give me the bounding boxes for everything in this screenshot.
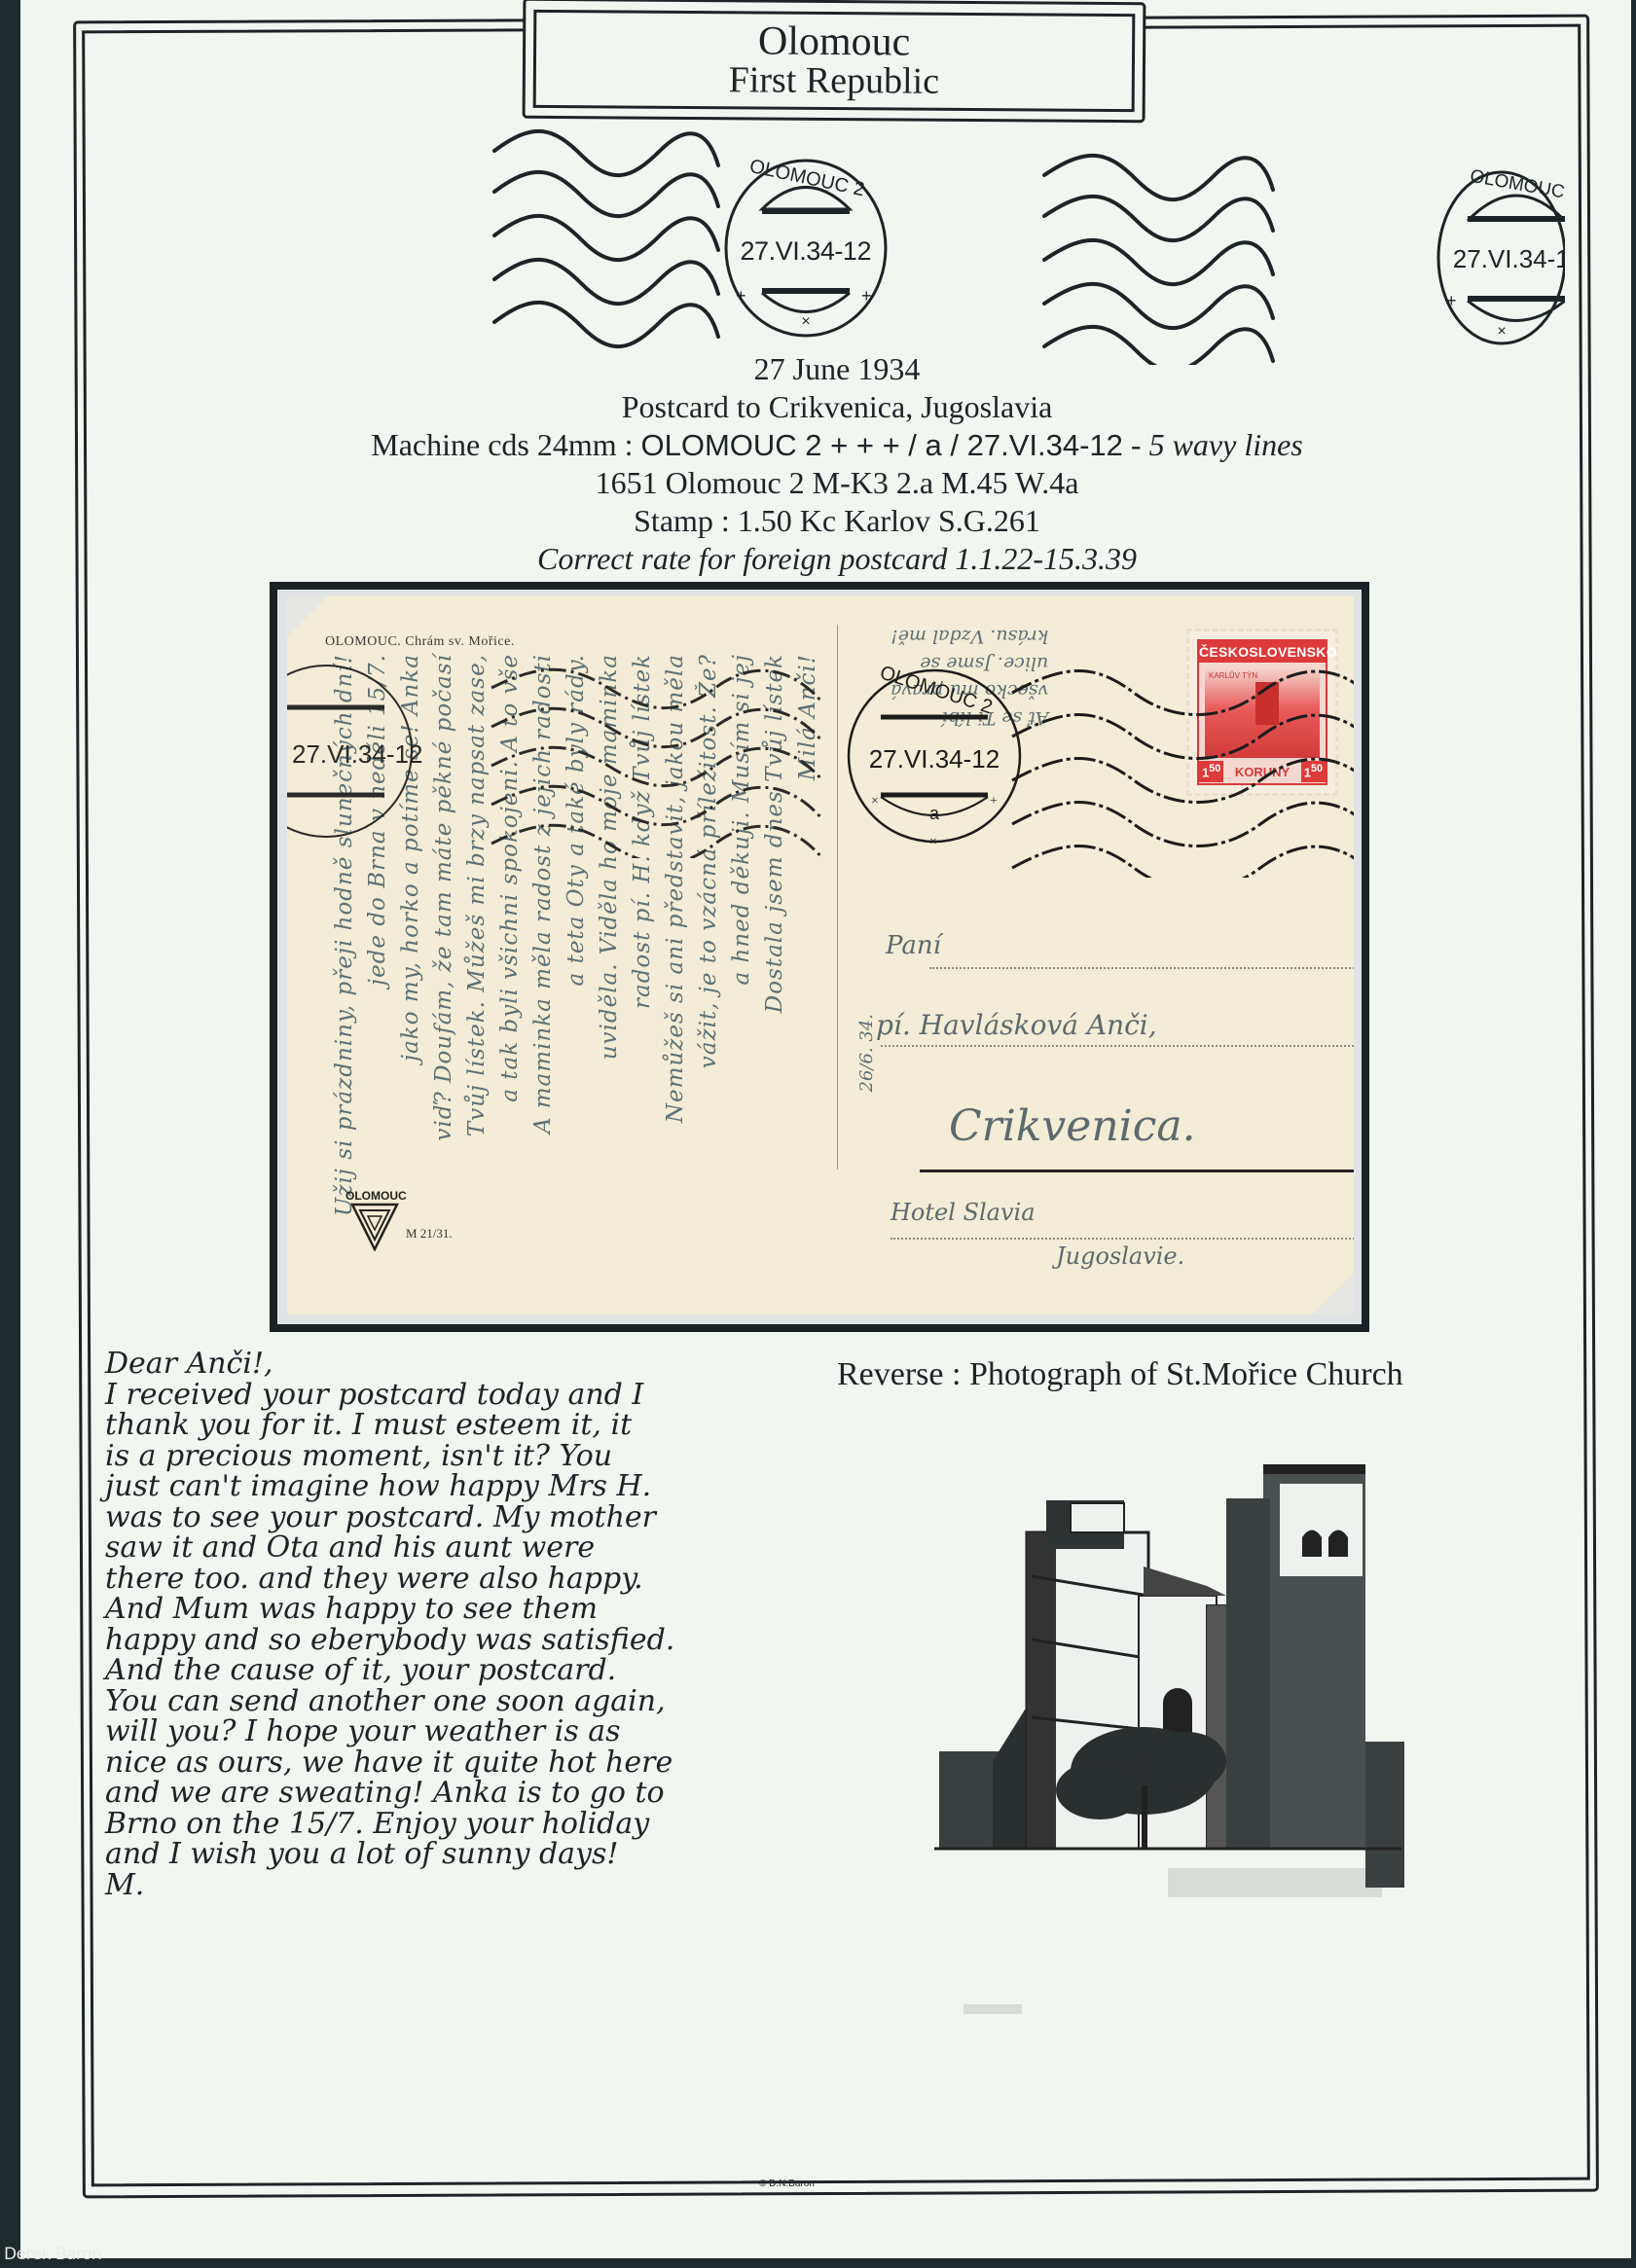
cancel-description: Machine cds 24mm : OLOMOUC 2 + + + / a /… bbox=[234, 426, 1440, 464]
svg-text:27.VI.34-12: 27.VI.34-12 bbox=[292, 739, 422, 769]
svg-text:OLOMOUC: OLOMOUC bbox=[1469, 166, 1565, 203]
reverse-caption: Reverse : Photograph of St.Mořice Church bbox=[837, 1356, 1403, 1393]
address-salutation: Paní bbox=[886, 931, 941, 960]
translation-line: thank you for it. I must esteem it, it bbox=[105, 1410, 845, 1441]
translation-line: Dear Anči!, bbox=[105, 1349, 845, 1380]
message-line: krásu. Vzdal mě! bbox=[891, 623, 1048, 650]
triangle-logo-icon bbox=[350, 1203, 399, 1251]
translation-line: was to see your postcard. My mother bbox=[105, 1502, 845, 1533]
wavy-lines-icon bbox=[494, 131, 718, 346]
address-city: Crikvenica. bbox=[949, 1101, 1196, 1151]
page-subtitle: First Republic bbox=[729, 60, 940, 101]
title-box-inner: Olomouc First Republic bbox=[533, 10, 1136, 112]
translation-line: happy and so eberybody was satisfied. bbox=[105, 1625, 845, 1656]
address-rule-underline bbox=[920, 1170, 1354, 1172]
publisher-logo: OLOMOUC bbox=[345, 1189, 404, 1254]
machine-cancel-illustration-1: OLOMOUC 2 27.VI.34-12 × + + bbox=[485, 122, 1030, 355]
cover-subject: Postcard to Crikvenica, Jugoslavia bbox=[234, 388, 1440, 426]
card-divider-line bbox=[837, 625, 838, 1170]
cancel-suffix: - 5 wavy lines bbox=[1123, 427, 1303, 462]
scan-edge-left bbox=[0, 0, 20, 2268]
translation-line: and we are sweating! Anka is to go to bbox=[105, 1778, 845, 1809]
svg-text:×: × bbox=[801, 313, 810, 330]
page-title: Olomouc bbox=[758, 21, 911, 61]
rate-note: Correct rate for foreign postcard 1.1.22… bbox=[234, 540, 1440, 578]
wavy-lines-icon bbox=[1007, 654, 1354, 878]
postmark-partial-icon: 27.VI.34-12 bbox=[287, 654, 462, 848]
machine-cancel-illustration-2: OLOMOUC 27.VI.34-12 × + bbox=[1039, 122, 1565, 365]
svg-text:×: × bbox=[871, 794, 879, 809]
postcard-mount: Milá Anči! Dostala jsem dnes Tvůj lístek… bbox=[270, 582, 1369, 1332]
svg-text:OLOMOUC 2: OLOMOUC 2 bbox=[747, 156, 866, 200]
description-block: 27 June 1934 Postcard to Crikvenica, Jug… bbox=[234, 350, 1440, 578]
church-photograph bbox=[934, 1450, 1421, 2053]
translation-line: saw it and Ota and his aunt were bbox=[105, 1532, 845, 1564]
printed-caption: OLOMOUC. Chrám sv. Mořice. bbox=[325, 634, 515, 650]
catalogue-ref: 1651 Olomouc 2 M-K3 2.a M.45 W.4a bbox=[234, 464, 1440, 502]
svg-text:+: + bbox=[736, 286, 746, 306]
stamp-description: Stamp : 1.50 Kc Karlov S.G.261 bbox=[234, 502, 1440, 540]
translation-text: Dear Anči!, I received your postcard tod… bbox=[105, 1349, 845, 1900]
publisher-code: M 21/31. bbox=[406, 1226, 453, 1242]
address-hotel: Hotel Slavia bbox=[891, 1199, 1036, 1226]
svg-text:27.VI.34-12: 27.VI.34-12 bbox=[869, 744, 1000, 774]
translation-line: nice as ours, we have it quite hot here bbox=[105, 1747, 845, 1779]
photo-corner bbox=[287, 595, 328, 636]
svg-text:+: + bbox=[861, 286, 872, 306]
address-recipient: pí. Havlásková Anči, bbox=[876, 1009, 1157, 1041]
copyright-notice: © D.N.Baron bbox=[759, 2178, 815, 2189]
svg-text:×: × bbox=[1497, 323, 1506, 340]
cancel-text: OLOMOUC 2 + + + / a / 27.VI.34-12 bbox=[641, 428, 1123, 462]
scanner-watermark: Derek Baron bbox=[4, 2245, 101, 2264]
translation-line: You can send another one soon again, bbox=[105, 1686, 845, 1717]
translation-line: will you? I hope your weather is as bbox=[105, 1716, 845, 1747]
postmark-circle-icon: OLOMOUC 2 27.VI.34-12 × + + bbox=[726, 156, 886, 336]
translation-line: there too. and they were also happy. bbox=[105, 1564, 845, 1595]
photo-corner bbox=[1313, 1274, 1354, 1314]
svg-text:27.VI.34-12: 27.VI.34-12 bbox=[741, 236, 872, 266]
title-box: Olomouc First Republic bbox=[523, 0, 1146, 123]
translation-line: and I wish you a lot of sunny days! bbox=[105, 1839, 845, 1870]
translation-line: And Mum was happy to see them bbox=[105, 1594, 845, 1625]
translation-line: Brno on the 15/7. Enjoy your holiday bbox=[105, 1809, 845, 1840]
translation-line: I received your postcard today and I bbox=[105, 1380, 845, 1411]
scan-edge-bottom bbox=[0, 2258, 1636, 2268]
svg-text:27.VI.34-12: 27.VI.34-12 bbox=[1453, 244, 1565, 273]
cover-date: 27 June 1934 bbox=[234, 350, 1440, 388]
translation-line: And the cause of it, your postcard. bbox=[105, 1655, 845, 1686]
translation-line: just can't imagine how happy Mrs H. bbox=[105, 1471, 845, 1502]
postmark-circle-icon: OLOMOUC 27.VI.34-12 × + bbox=[1438, 166, 1565, 343]
wavy-lines-icon bbox=[1044, 156, 1273, 365]
translation-line: M. bbox=[105, 1870, 845, 1901]
postcard: Milá Anči! Dostala jsem dnes Tvůj lístek… bbox=[287, 595, 1354, 1314]
wavy-lines-icon bbox=[482, 664, 832, 858]
address-rule bbox=[929, 967, 1354, 969]
scan-edge-right bbox=[1631, 0, 1636, 2268]
address-country: Jugoslavie. bbox=[1056, 1242, 1184, 1270]
postmark-circle-icon: OLOMOUC 2 27.VI.34-12 a × + × bbox=[842, 659, 1027, 853]
svg-text:a: a bbox=[929, 804, 940, 823]
translation-line: is a precious moment, isn't it? You bbox=[105, 1441, 845, 1472]
postcard-mount-inner: Milá Anči! Dostala jsem dnes Tvůj lístek… bbox=[277, 590, 1362, 1324]
address-rule bbox=[891, 1238, 1354, 1240]
written-date: 26/6. 34. bbox=[856, 1014, 877, 1093]
svg-text:+: + bbox=[990, 794, 998, 809]
publisher-logo-text: OLOMOUC bbox=[345, 1189, 404, 1203]
address-rule bbox=[881, 1045, 1354, 1047]
cancel-prefix: Machine cds 24mm : bbox=[371, 427, 640, 462]
svg-text:+: + bbox=[1446, 291, 1457, 310]
svg-text:×: × bbox=[929, 835, 937, 849]
